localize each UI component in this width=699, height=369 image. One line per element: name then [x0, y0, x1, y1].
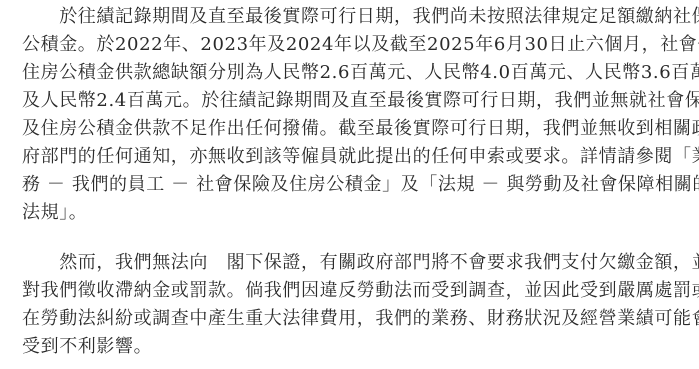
- text-line: 對我們徵收滯納金或罰款。倘我們因違反勞動法而受到調查，並因此受到嚴厲處罰或: [22, 277, 672, 305]
- text-line: 務 － 我們的員工 － 社會保險及住房公積金」及「法規 － 與勞動及社會保障相關…: [22, 171, 672, 199]
- text-line: 府部門的任何通知，亦無收到該等僱員就此提出的任何申索或要求。詳情請參閱「業: [22, 143, 672, 171]
- text-line: 受到不利影響。: [22, 333, 672, 361]
- text-line: 於往績記錄期間及直至最後實際可行日期，我們尚未按照法律規定足額繳納社保: [22, 3, 672, 31]
- text-line: 及人民幣2.4百萬元。於往績記錄期間及直至最後實際可行日期，我們並無就社會保險: [22, 87, 672, 115]
- text-line: 住房公積金供款總缺額分別為人民幣2.6百萬元、人民幣4.0百萬元、人民幣3.6百…: [22, 59, 672, 87]
- paragraph-risk-assurance: 然而，我們無法向 閣下保證，有關政府部門將不會要求我們支付欠繳金額，並 對我們徵…: [22, 249, 672, 361]
- paragraph-social-insurance-shortfall: 於往績記錄期間及直至最後實際可行日期，我們尚未按照法律規定足額繳納社保 公積金。…: [22, 3, 672, 227]
- text-line: 在勞動法糾紛或調查中產生重大法律費用，我們的業務、財務狀況及經營業績可能會: [22, 305, 672, 333]
- document-body: 於往績記錄期間及直至最後實際可行日期，我們尚未按照法律規定足額繳納社保 公積金。…: [22, 3, 672, 361]
- text-line: 法規」。: [22, 199, 672, 227]
- text-line: 公積金。於2022年、2023年及2024年以及截至2025年6月30日止六個月…: [22, 31, 672, 59]
- text-line: 然而，我們無法向 閣下保證，有關政府部門將不會要求我們支付欠繳金額，並: [22, 249, 672, 277]
- text-line: 及住房公積金供款不足作出任何撥備。截至最後實際可行日期，我們並無收到相關政: [22, 115, 672, 143]
